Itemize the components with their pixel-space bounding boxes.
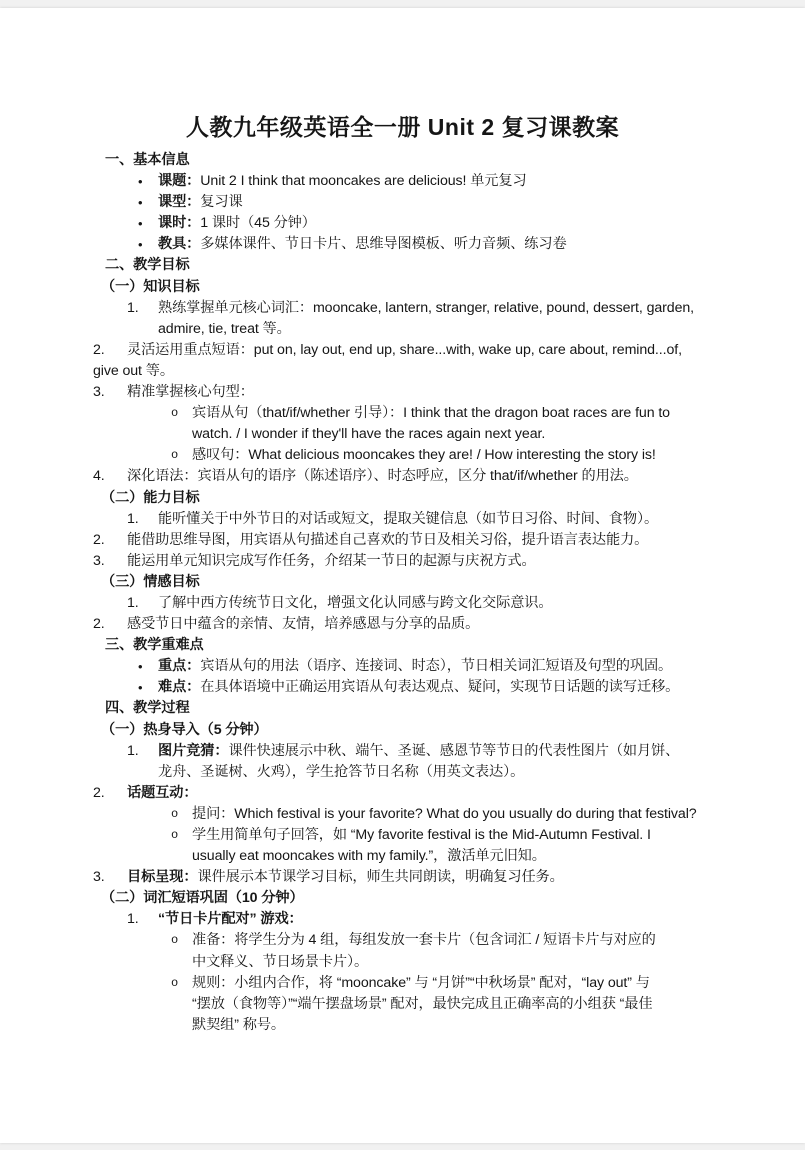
doc-line: 二、教学目标 [93, 255, 713, 276]
doc-line: give out 等。 [93, 361, 713, 382]
line-text: 灵活运用重点短语：put on, lay out, end up, share.… [127, 340, 682, 361]
line-text: 准备：将学生分为 4 组，每组发放一套卡片（包含词汇 / 短语卡片与对应的 [192, 930, 656, 951]
doc-line: o感叹句：What delicious mooncakes they are! … [93, 445, 713, 466]
document-body: 一、基本信息•课题：Unit 2 I think that mooncakes … [93, 150, 713, 1036]
doc-line: 默契组” 称号。 [93, 1015, 713, 1036]
doc-line: 三、教学重难点 [93, 635, 713, 656]
line-text: 难点：在具体语境中正确运用宾语从句表达观点、疑问，实现节日话题的读写迁移。 [158, 677, 679, 698]
list-marker: • [138, 192, 142, 213]
line-text: 课题：Unit 2 I think that mooncakes are del… [158, 171, 527, 192]
list-marker: 3. [93, 867, 105, 888]
document-title: 人教九年级英语全一册 Unit 2 复习课教案 [0, 109, 805, 142]
list-marker: 1. [127, 298, 139, 319]
list-marker: • [138, 234, 142, 255]
line-text: 一、基本信息 [105, 150, 190, 171]
line-text: （二）能力目标 [101, 488, 200, 509]
doc-line: 1.能听懂关于中外节日的对话或短文，提取关键信息（如节日习俗、时间、食物）。 [93, 509, 713, 530]
doc-line: （一）热身导入（5 分钟） [93, 720, 713, 741]
doc-line: 1.熟练掌握单元核心词汇：mooncake, lantern, stranger… [93, 298, 713, 319]
doc-line: usually eat mooncakes with my family.”，激… [93, 846, 713, 867]
list-marker: 3. [93, 551, 105, 572]
doc-line: •课题：Unit 2 I think that mooncakes are de… [93, 171, 713, 192]
list-marker: o [171, 804, 178, 825]
list-marker: o [171, 445, 178, 466]
doc-line: o规则：小组内合作，将 “mooncake” 与 “月饼”“中秋场景” 配对，“… [93, 973, 713, 994]
line-text: usually eat mooncakes with my family.”，激… [192, 846, 546, 867]
line-text: admire, tie, treat 等。 [158, 319, 291, 340]
line-text: 宾语从句（that/if/whether 引导）：I think that th… [192, 403, 670, 424]
line-text: 能听懂关于中外节日的对话或短文，提取关键信息（如节日习俗、时间、食物）。 [158, 509, 658, 530]
line-text: 龙舟、圣诞树、火鸡），学生抢答节日名称（用英文表达）。 [158, 762, 524, 783]
doc-line: •难点：在具体语境中正确运用宾语从句表达观点、疑问，实现节日话题的读写迁移。 [93, 677, 713, 698]
line-text: 深化语法：宾语从句的语序（陈述语序）、时态呼应，区分 that/if/wheth… [127, 466, 638, 487]
doc-line: o准备：将学生分为 4 组，每组发放一套卡片（包含词汇 / 短语卡片与对应的 [93, 930, 713, 951]
line-text: （二）词汇短语巩固（10 分钟） [101, 888, 304, 909]
list-marker: • [138, 656, 142, 677]
line-text: 能运用单元知识完成写作任务，介绍某一节日的起源与庆祝方式。 [127, 551, 536, 572]
doc-line: •课型：复习课 [93, 192, 713, 213]
doc-line: watch. / I wonder if they'll have the ra… [93, 424, 713, 445]
line-text: 学生用简单句子回答，如 “My favorite festival is the… [192, 825, 651, 846]
doc-line: 四、教学过程 [93, 698, 713, 719]
line-text: “节日卡片配对” 游戏： [158, 909, 303, 930]
line-text: watch. / I wonder if they'll have the ra… [192, 424, 545, 445]
line-text: 感受节日中蕴含的亲情、友情，培养感恩与分享的品质。 [127, 614, 479, 635]
line-text: 规则：小组内合作，将 “mooncake” 与 “月饼”“中秋场景” 配对，“l… [192, 973, 650, 994]
doc-line: 1.了解中西方传统节日文化，增强文化认同感与跨文化交际意识。 [93, 593, 713, 614]
doc-line: o学生用简单句子回答，如 “My favorite festival is th… [93, 825, 713, 846]
line-text: （一）知识目标 [101, 277, 200, 298]
doc-line: 龙舟、圣诞树、火鸡），学生抢答节日名称（用英文表达）。 [93, 762, 713, 783]
list-marker: • [138, 171, 142, 192]
doc-line: 3.目标呈现：课件展示本节课学习目标，师生共同朗读，明确复习任务。 [93, 867, 713, 888]
line-text: give out 等。 [93, 361, 174, 382]
list-marker: 1. [127, 909, 139, 930]
line-text: （一）热身导入（5 分钟） [101, 720, 268, 741]
doc-line: （一）知识目标 [93, 277, 713, 298]
document-viewer: 人教九年级英语全一册 Unit 2 复习课教案 一、基本信息•课题：Unit 2… [0, 0, 805, 1150]
doc-line: （二）能力目标 [93, 488, 713, 509]
document-page: 人教九年级英语全一册 Unit 2 复习课教案 一、基本信息•课题：Unit 2… [0, 8, 805, 1143]
doc-line: 3.精准掌握核心句型： [93, 382, 713, 403]
line-text: 四、教学过程 [105, 698, 190, 719]
line-text: 教具：多媒体课件、节日卡片、思维导图模板、听力音频、练习卷 [158, 234, 567, 255]
line-text: 能借助思维导图，用宾语从句描述自己喜欢的节日及相关习俗，提升语言表达能力。 [127, 530, 648, 551]
line-text: 目标呈现：课件展示本节课学习目标，师生共同朗读，明确复习任务。 [127, 867, 564, 888]
line-text: 精准掌握核心句型： [127, 382, 254, 403]
list-marker: 2. [93, 530, 105, 551]
line-text: 了解中西方传统节日文化，增强文化认同感与跨文化交际意识。 [158, 593, 552, 614]
doc-line: 3.能运用单元知识完成写作任务，介绍某一节日的起源与庆祝方式。 [93, 551, 713, 572]
doc-line: “摆放（食物等）”“端午摆盘场景” 配对，最快完成且正确率高的小组获 “最佳 [93, 994, 713, 1015]
doc-line: （二）词汇短语巩固（10 分钟） [93, 888, 713, 909]
doc-line: 2.能借助思维导图，用宾语从句描述自己喜欢的节日及相关习俗，提升语言表达能力。 [93, 530, 713, 551]
list-marker: o [171, 973, 178, 994]
list-marker: 1. [127, 741, 139, 762]
doc-line: 2.话题互动： [93, 783, 713, 804]
list-marker: 2. [93, 783, 105, 804]
doc-line: 1.“节日卡片配对” 游戏： [93, 909, 713, 930]
line-text: 课时：1 课时（45 分钟） [158, 213, 316, 234]
list-marker: 2. [93, 340, 105, 361]
list-marker: o [171, 930, 178, 951]
line-text: 课型：复习课 [158, 192, 243, 213]
list-marker: o [171, 403, 178, 424]
list-marker: 4. [93, 466, 105, 487]
line-text: 提问：Which festival is your favorite? What… [192, 804, 697, 825]
doc-line: •课时：1 课时（45 分钟） [93, 213, 713, 234]
doc-line: •教具：多媒体课件、节日卡片、思维导图模板、听力音频、练习卷 [93, 234, 713, 255]
doc-line: 1.图片竞猜：课件快速展示中秋、端午、圣诞、感恩节等节日的代表性图片（如月饼、 [93, 741, 713, 762]
doc-line: 一、基本信息 [93, 150, 713, 171]
line-text: 重点：宾语从句的用法（语序、连接词、时态），节日相关词汇短语及句型的巩固。 [158, 656, 672, 677]
line-text: 中文释义、节日场景卡片）。 [192, 952, 368, 973]
line-text: 图片竞猜：课件快速展示中秋、端午、圣诞、感恩节等节日的代表性图片（如月饼、 [158, 741, 679, 762]
line-text: （三）情感目标 [101, 572, 200, 593]
list-marker: • [138, 213, 142, 234]
doc-line: o提问：Which festival is your favorite? Wha… [93, 804, 713, 825]
line-text: 二、教学目标 [105, 255, 190, 276]
doc-line: o宾语从句（that/if/whether 引导）：I think that t… [93, 403, 713, 424]
list-marker: 2. [93, 614, 105, 635]
list-marker: 1. [127, 509, 139, 530]
line-text: 熟练掌握单元核心词汇：mooncake, lantern, stranger, … [158, 298, 694, 319]
list-marker: o [171, 825, 178, 846]
line-text: 默契组” 称号。 [192, 1015, 285, 1036]
doc-line: 4.深化语法：宾语从句的语序（陈述语序）、时态呼应，区分 that/if/whe… [93, 466, 713, 487]
doc-line: （三）情感目标 [93, 572, 713, 593]
list-marker: • [138, 677, 142, 698]
doc-line: 2.感受节日中蕴含的亲情、友情，培养感恩与分享的品质。 [93, 614, 713, 635]
line-text: 感叹句：What delicious mooncakes they are! /… [192, 445, 656, 466]
doc-line: 2.灵活运用重点短语：put on, lay out, end up, shar… [93, 340, 713, 361]
list-marker: 3. [93, 382, 105, 403]
line-text: “摆放（食物等）”“端午摆盘场景” 配对，最快完成且正确率高的小组获 “最佳 [192, 994, 652, 1015]
doc-line: admire, tie, treat 等。 [93, 319, 713, 340]
doc-line: •重点：宾语从句的用法（语序、连接词、时态），节日相关词汇短语及句型的巩固。 [93, 656, 713, 677]
line-text: 话题互动： [127, 783, 197, 804]
line-text: 三、教学重难点 [105, 635, 204, 656]
doc-line: 中文释义、节日场景卡片）。 [93, 952, 713, 973]
list-marker: 1. [127, 593, 139, 614]
